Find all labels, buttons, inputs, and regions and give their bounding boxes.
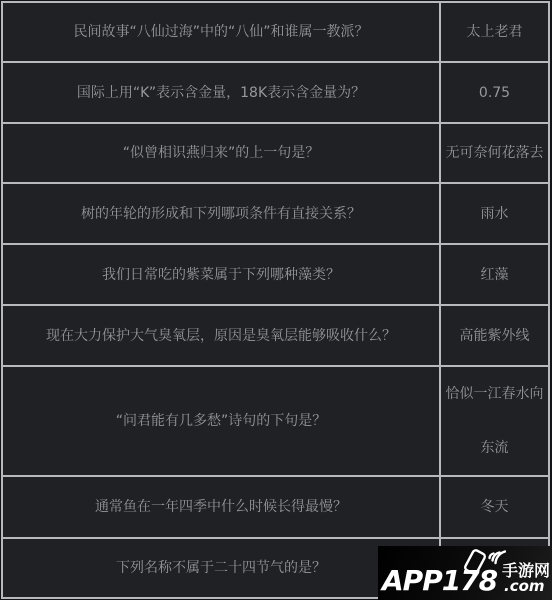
answer-cell: 雨水: [441, 184, 548, 243]
answer-cell: 0.75: [441, 63, 548, 122]
answer-cell: 高能紫外线: [441, 306, 548, 365]
question-cell: “似曾相识燕归来”的上一句是？: [3, 124, 439, 182]
answer-cell: 冬天: [441, 477, 548, 537]
question-cell: 我们日常吃的紫菜属于下列哪种藻类？: [3, 245, 439, 304]
qa-table: 民间故事“八仙过海”中的“八仙”和谁属一教派？ 太上老君 国际上用“K”表示含金…: [1, 1, 550, 599]
question-cell: 通常鱼在一年四季中什么时候长得最慢？: [3, 477, 439, 537]
watermark-domain-text: .com: [504, 577, 545, 595]
answer-cell: 红藻: [441, 245, 548, 304]
question-cell: 民间故事“八仙过海”中的“八仙”和谁属一教派？: [3, 3, 439, 61]
answer-cell: 恰似一江春水向东流: [441, 367, 548, 475]
question-cell: 国际上用“K”表示含金量，18K表示含金量为？: [3, 63, 439, 122]
answer-cell: 无可奈何花落去: [441, 124, 548, 182]
question-cell: 下列名称不属于二十四节气的是？: [3, 539, 439, 597]
app178-watermark: APP178 手游网 .com: [378, 546, 552, 600]
question-cell: “问君能有几多愁”诗句的下句是？: [3, 367, 439, 475]
question-cell: 树的年轮的形成和下列哪项条件有直接关系？: [3, 184, 439, 243]
question-cell: 现在大力保护大气臭氧层，原因是臭氧层能够吸收什么？: [3, 306, 439, 365]
watermark-brand-text: APP178: [382, 564, 497, 597]
answer-cell: 太上老君: [441, 3, 548, 61]
